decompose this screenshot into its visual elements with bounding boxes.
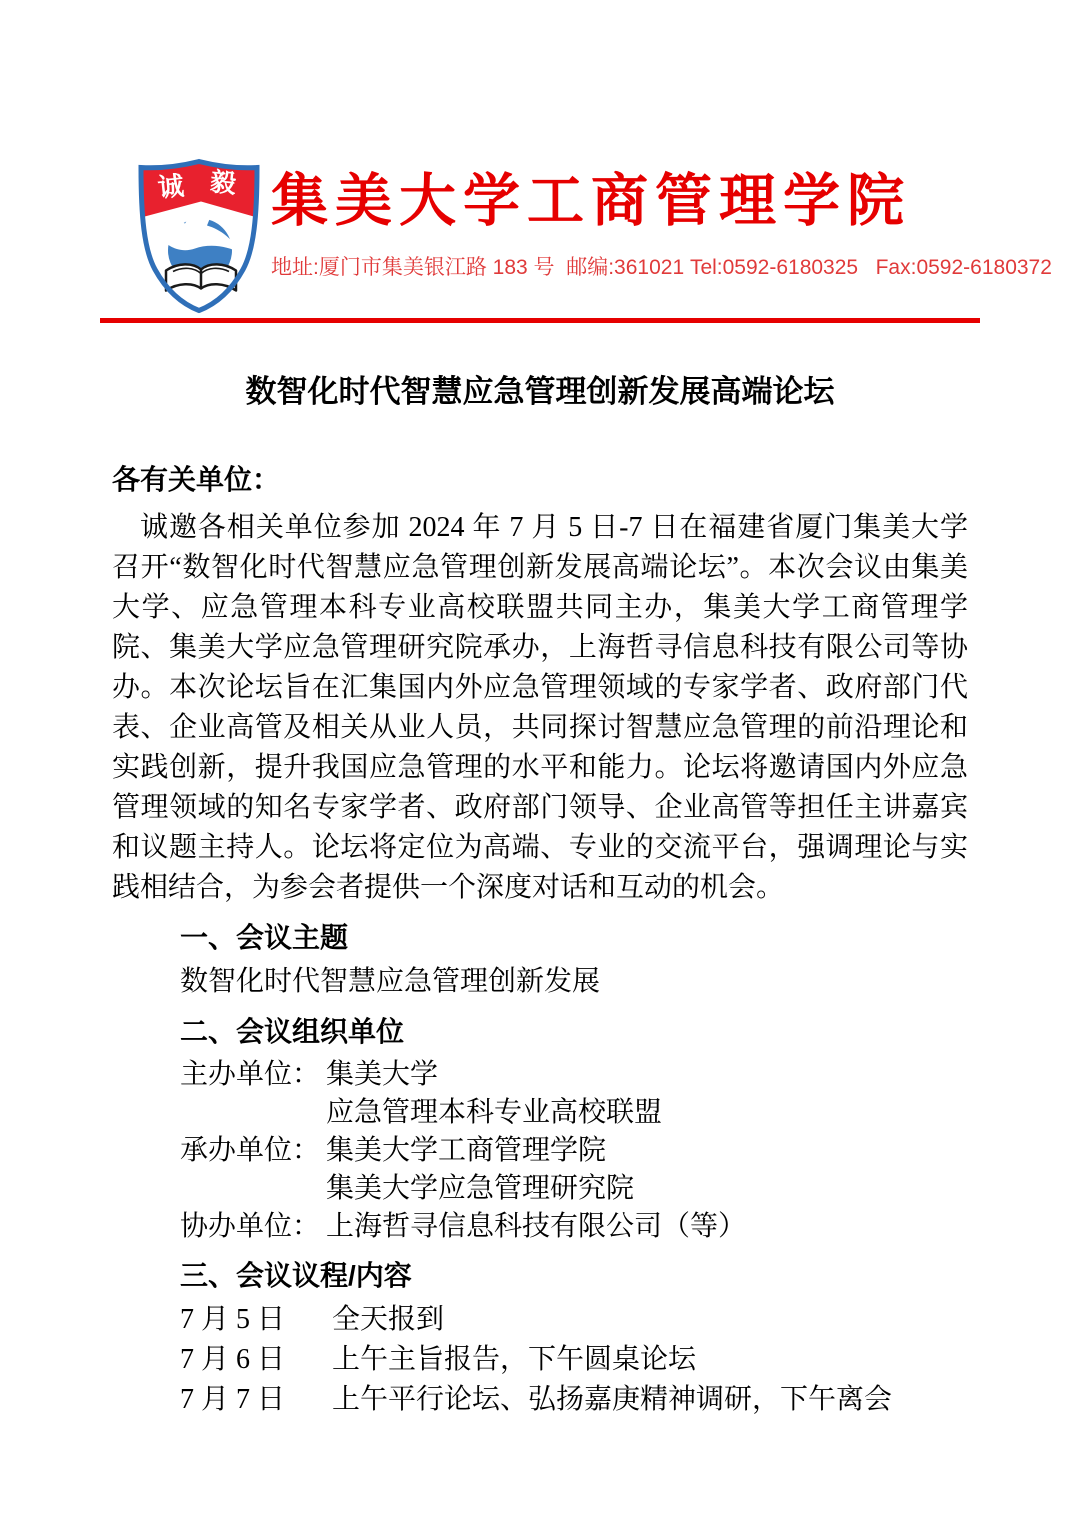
- organizer-line: 应急管理本科专业高校联盟: [326, 1094, 968, 1132]
- agenda-date: 7 月 7 日: [180, 1380, 332, 1420]
- organizer-label: 承办单位：: [180, 1132, 326, 1208]
- organizer-line: 集美大学应急管理研究院: [326, 1170, 968, 1208]
- organizer-lines: 集美大学 应急管理本科专业高校联盟: [326, 1056, 968, 1132]
- school-address: 地址:厦门市集美银江路 183 号 邮编:361021 Tel:0592-618…: [271, 253, 1052, 283]
- organizer-line: 上海哲寻信息科技有限公司（等）: [326, 1208, 968, 1246]
- section-2-heading: 二、会议组织单位: [180, 1012, 968, 1052]
- logo-motto-left: 诚: [156, 171, 185, 203]
- sections: 一、会议主题 数智化时代智慧应急管理创新发展 二、会议组织单位 主办单位： 集美…: [112, 918, 968, 1420]
- organizer-row: 协办单位： 上海哲寻信息科技有限公司（等）: [180, 1208, 968, 1246]
- salutation: 各有关单位：: [112, 460, 968, 500]
- section-1-content: 数智化时代智慧应急管理创新发展: [180, 962, 968, 1002]
- agenda-activity: 全天报到: [332, 1300, 968, 1340]
- document-title: 数智化时代智慧应急管理创新发展高端论坛: [112, 370, 968, 414]
- agenda-activity: 上午主旨报告，下午圆桌论坛: [332, 1340, 968, 1380]
- agenda-activity: 上午平行论坛、弘扬嘉庚精神调研，下午离会: [332, 1380, 968, 1420]
- section-1-heading: 一、会议主题: [180, 918, 968, 958]
- agenda-row: 7 月 7 日 上午平行论坛、弘扬嘉庚精神调研，下午离会: [180, 1380, 968, 1420]
- organizer-line: 集美大学: [326, 1056, 968, 1094]
- logo-motto-right: 毅: [209, 166, 238, 199]
- organizer-line: 集美大学工商管理学院: [326, 1132, 968, 1170]
- organizer-lines: 上海哲寻信息科技有限公司（等）: [326, 1208, 968, 1246]
- agenda-date: 7 月 6 日: [180, 1340, 332, 1380]
- document-body: 数智化时代智慧应急管理创新发展高端论坛 各有关单位： 诚邀各相关单位参加 202…: [112, 370, 968, 1420]
- agenda-row: 7 月 5 日 全天报到: [180, 1300, 968, 1340]
- school-crest-logo: 诚 毅: [135, 157, 263, 315]
- organizer-row: 主办单位： 集美大学 应急管理本科专业高校联盟: [180, 1056, 968, 1132]
- organizer-lines: 集美大学工商管理学院 集美大学应急管理研究院: [326, 1132, 968, 1208]
- letterhead-divider-rule: [100, 318, 980, 323]
- school-name: 集美大学工商管理学院: [271, 157, 1052, 245]
- letterhead-text: 集美大学工商管理学院 地址:厦门市集美银江路 183 号 邮编:361021 T…: [271, 157, 1052, 283]
- intro-paragraph: 诚邀各相关单位参加 2024 年 7 月 5 日-7 日在福建省厦门集美大学召开…: [112, 508, 968, 908]
- organizer-row: 承办单位： 集美大学工商管理学院 集美大学应急管理研究院: [180, 1132, 968, 1208]
- letterhead: 诚 毅 集美大学工商管理学院 地址:厦门市集美银江路 183 号 邮编:3610…: [135, 157, 1052, 315]
- organizer-label: 主办单位：: [180, 1056, 326, 1132]
- organizer-label: 协办单位：: [180, 1208, 326, 1246]
- document-page: 诚 毅 集美大学工商管理学院 地址:厦门市集美银江路 183 号 邮编:3610…: [0, 0, 1080, 1527]
- logo-open-book: [166, 264, 236, 290]
- agenda-row: 7 月 6 日 上午主旨报告，下午圆桌论坛: [180, 1340, 968, 1380]
- agenda-date: 7 月 5 日: [180, 1300, 332, 1340]
- section-3-heading: 三、会议议程/内容: [180, 1256, 968, 1296]
